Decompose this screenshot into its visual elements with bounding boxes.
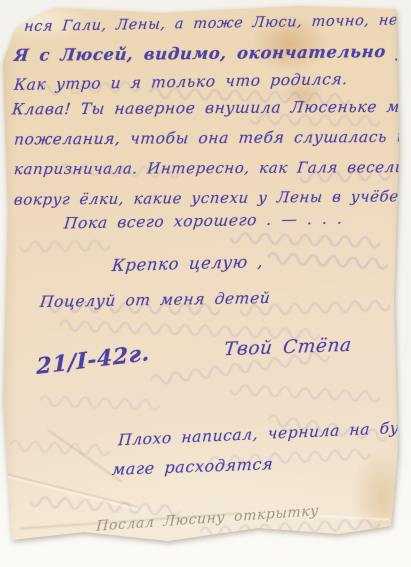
- handwriting-line: пожелания, чтобы она тебя слушалась и не: [13, 129, 411, 149]
- scan-canvas: нся Гали, Лены, а тоже Люси, точно, не п…: [0, 0, 411, 567]
- bleedthrough-squiggle: [10, 437, 111, 456]
- handwriting-line: капризничала. Интересно, как Галя весели…: [13, 159, 411, 178]
- bleedthrough-squiggle: [40, 393, 160, 411]
- postscript-line: маге расходятся: [111, 455, 273, 478]
- closing-line: Пока всего хорошего . — . . .: [63, 211, 344, 233]
- signature: Твой Стёпа: [223, 336, 353, 361]
- handwriting-line: Я с Люсей, видимо, окончательно учились …: [13, 41, 411, 65]
- bleedthrough-squiggle: [230, 381, 381, 403]
- bleedthrough-squiggle: [268, 250, 389, 270]
- bleedthrough-squiggle: [230, 229, 380, 248]
- handwriting-line: нся Гали, Лены, а тоже Люси, точно, не п…: [23, 12, 411, 36]
- letter-page-wrap: нся Гали, Лены, а тоже Люси, точно, не п…: [0, 0, 411, 567]
- bleedthrough-squiggle: [80, 543, 330, 561]
- handwriting-line: вокруг ёлки, какие успехи у Лены в учёбе…: [13, 188, 405, 208]
- closing-line: Крепко целую ,: [111, 253, 264, 275]
- bleedthrough-squiggle: [20, 237, 110, 253]
- closing-line: Поцелуй от меня детей: [39, 290, 271, 311]
- date: 21/I-42г.: [36, 341, 150, 379]
- handwriting-line: Клава! Ты наверное внушила Люсеньке мои: [11, 99, 411, 119]
- letter-page: нся Гали, Лены, а тоже Люси, точно, не п…: [0, 0, 411, 567]
